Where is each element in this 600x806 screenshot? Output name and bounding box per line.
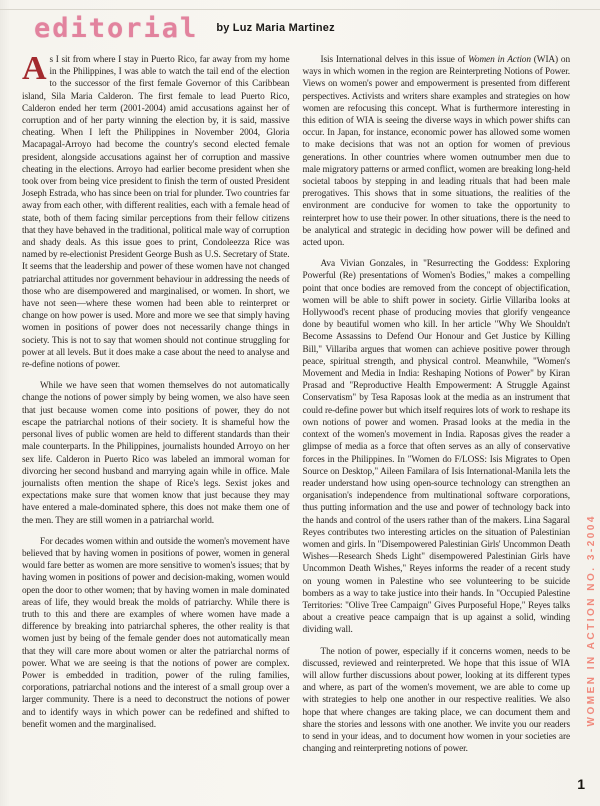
article-body: As I sit from where I stay in Puerto Ric… xyxy=(0,46,600,755)
paragraph: For decades women within and outside the… xyxy=(22,536,290,731)
editorial-title: editorial xyxy=(34,13,198,44)
magazine-page: editorial by Luz Maria Martinez As I sit… xyxy=(0,0,600,806)
paragraph: As I sit from where I stay in Puerto Ric… xyxy=(22,54,290,371)
paragraph-text: s I sit from where I stay in Puerto Rico… xyxy=(22,55,290,370)
issue-vertical-label: WOMEN IN ACTION NO. 3-2004 xyxy=(586,514,597,726)
drop-cap: A xyxy=(22,54,49,82)
right-column: Isis International delves in this issue … xyxy=(303,54,571,755)
paragraph: Isis International delves in this issue … xyxy=(303,54,571,249)
author-byline: by Luz Maria Martinez xyxy=(216,22,335,34)
paragraph-text: (WIA) on ways in which women in the regi… xyxy=(303,55,571,248)
left-column: As I sit from where I stay in Puerto Ric… xyxy=(22,54,290,755)
paragraph: The notion of power, especially if it co… xyxy=(303,646,571,756)
paragraph: Ava Vivian Gonzales, in "Resurrecting th… xyxy=(303,258,571,636)
paragraph: While we have seen that women themselves… xyxy=(22,380,290,526)
paragraph-text: Isis International delves in this issue … xyxy=(321,55,469,65)
page-number: 1 xyxy=(577,776,585,792)
masthead: editorial by Luz Maria Martinez xyxy=(0,0,600,46)
magazine-name-italic: Women in Action xyxy=(468,55,531,65)
